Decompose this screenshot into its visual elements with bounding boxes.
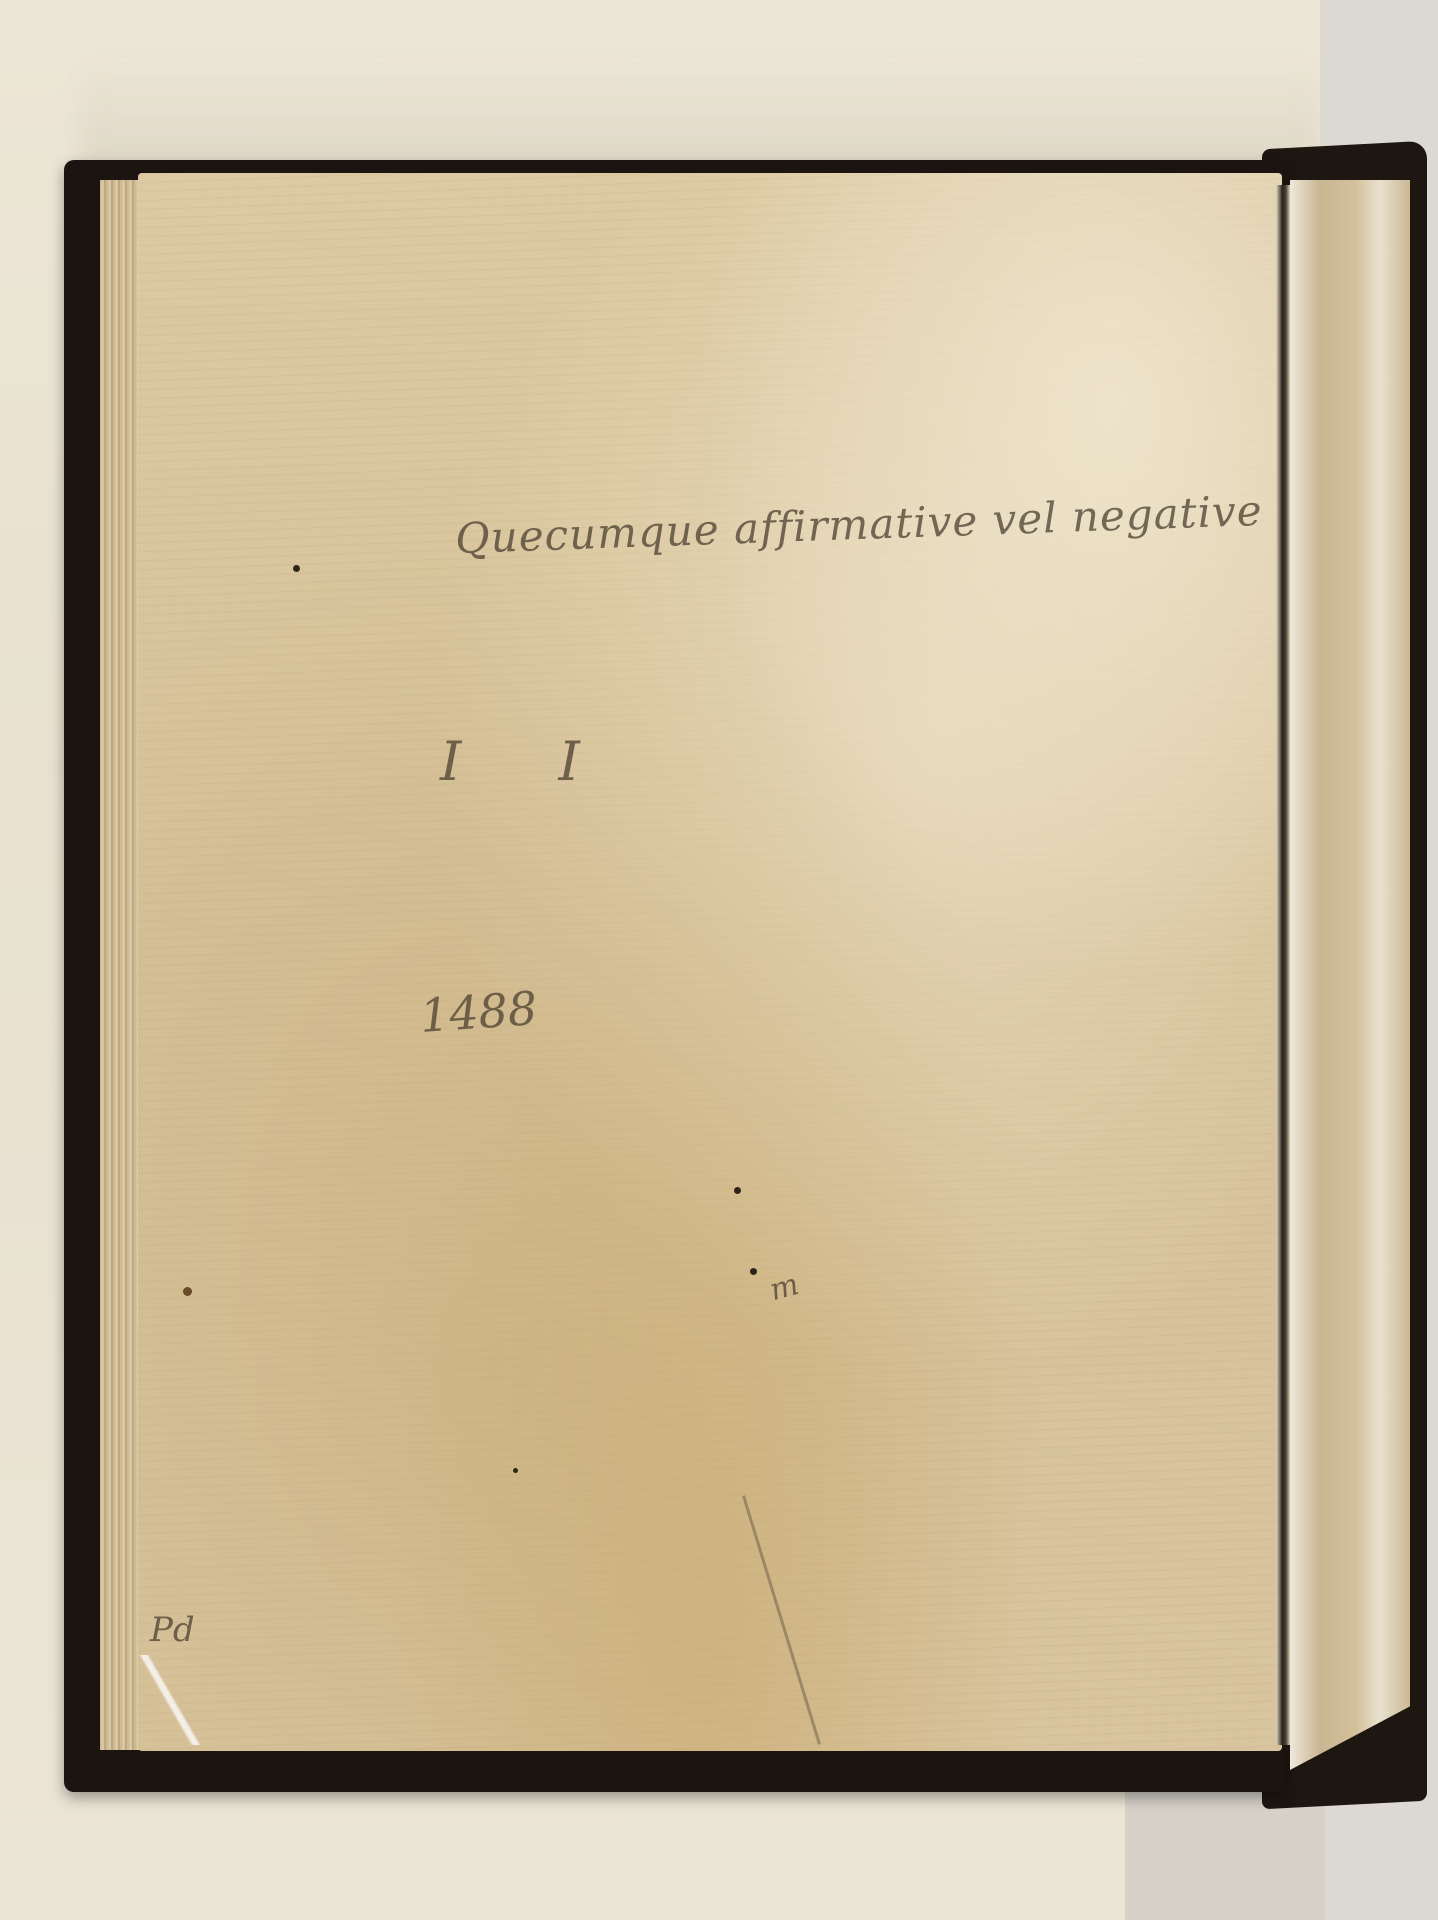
ink-spot	[750, 1268, 757, 1275]
ink-spot	[293, 565, 300, 572]
corner-scratch	[140, 1655, 200, 1745]
ink-spot	[183, 1287, 192, 1296]
book-gutter	[1276, 185, 1290, 1745]
endpaper-page	[138, 173, 1282, 1751]
page-edges	[100, 180, 140, 1750]
inscription-shelfmark: Pd	[150, 1610, 195, 1650]
ink-spot	[734, 1187, 741, 1194]
facing-page-strip	[1290, 180, 1410, 1770]
inscription-numeral: 1488	[418, 981, 539, 1043]
ink-spot	[513, 1468, 518, 1473]
inscription-initials: I I	[440, 730, 620, 793]
